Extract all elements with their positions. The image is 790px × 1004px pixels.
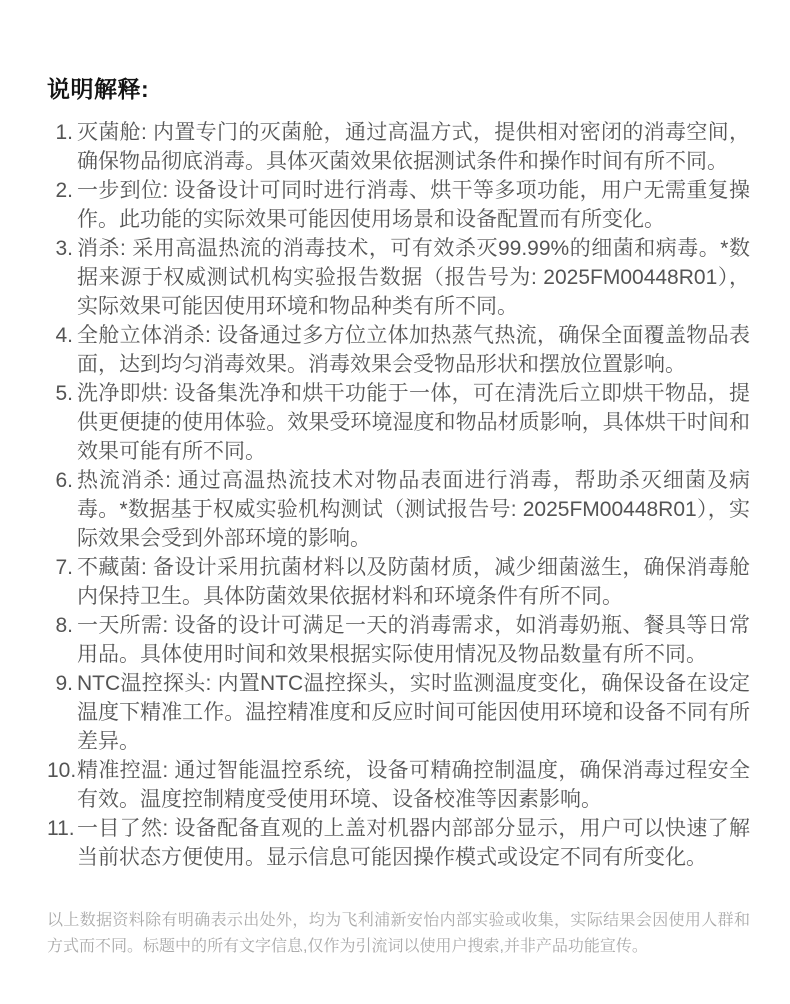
list-item: 4. 全舱立体消杀: 设备通过多方位立体加热蒸气热流，确保全面覆盖物品表面，达到… [47,321,750,379]
item-number: 11. [47,814,73,843]
list-item: 1. 灭菌舱: 内置专门的灭菌舱，通过高温方式，提供相对密闭的消毒空间，确保物品… [47,118,750,176]
product-description-page: 说明解释: 1. 灭菌舱: 内置专门的灭菌舱，通过高温方式，提供相对密闭的消毒空… [0,0,790,1004]
list-item: 2. 一步到位: 设备设计可同时进行消毒、烘干等多项功能，用户无需重复操作。此功… [47,176,750,234]
page-title: 说明解释: [47,74,750,104]
list-item: 8. 一天所需: 设备的设计可满足一天的消毒需求，如消毒奶瓶、餐具等日常用品。具… [47,611,750,669]
item-number: 7. [47,553,73,582]
item-text: 一天所需: 设备的设计可满足一天的消毒需求，如消毒奶瓶、餐具等日常用品。具体使用… [77,611,750,669]
item-text: 热流消杀: 通过高温热流技术对物品表面进行消毒，帮助杀灭细菌及病毒。*数据基于权… [77,466,750,553]
item-text: 全舱立体消杀: 设备通过多方位立体加热蒸气热流，确保全面覆盖物品表面，达到均匀消… [77,321,750,379]
list-item: 11. 一目了然: 设备配备直观的上盖对机器内部部分显示，用户可以快速了解当前状… [47,814,750,872]
item-number: 6. [47,466,73,495]
item-number: 4. [47,321,73,350]
item-number: 1. [47,118,73,147]
item-text: 消杀: 采用高温热流的消毒技术，可有效杀灭99.99%的细菌和病毒。*数据来源于… [77,234,750,321]
item-number: 8. [47,611,73,640]
item-text: 一步到位: 设备设计可同时进行消毒、烘干等多项功能，用户无需重复操作。此功能的实… [77,176,750,234]
list-item: 5. 洗净即烘: 设备集洗净和烘干功能于一体，可在清洗后立即烘干物品，提供更便捷… [47,379,750,466]
list-item: 10. 精准控温: 通过智能温控系统，设备可精确控制温度，确保消毒过程安全有效。… [47,756,750,814]
explanation-list: 1. 灭菌舱: 内置专门的灭菌舱，通过高温方式，提供相对密闭的消毒空间，确保物品… [47,118,750,872]
item-text: 灭菌舱: 内置专门的灭菌舱，通过高温方式，提供相对密闭的消毒空间，确保物品彻底消… [77,118,750,176]
item-number: 5. [47,379,73,408]
item-text: 一目了然: 设备配备直观的上盖对机器内部部分显示，用户可以快速了解当前状态方便使… [77,814,750,872]
item-text: NTC温控探头: 内置NTC温控探头，实时监测温度变化，确保设备在设定温度下精准… [77,669,750,756]
item-text: 不藏菌: 备设计采用抗菌材料以及防菌材质，减少细菌滋生，确保消毒舱内保持卫生。具… [77,553,750,611]
list-item: 7. 不藏菌: 备设计采用抗菌材料以及防菌材质，减少细菌滋生，确保消毒舱内保持卫… [47,553,750,611]
item-number: 2. [47,176,73,205]
item-number: 9. [47,669,73,698]
item-number: 10. [47,756,73,785]
item-text: 精准控温: 通过智能温控系统，设备可精确控制温度，确保消毒过程安全有效。温度控制… [77,756,750,814]
list-item: 3. 消杀: 采用高温热流的消毒技术，可有效杀灭99.99%的细菌和病毒。*数据… [47,234,750,321]
list-item: 6. 热流消杀: 通过高温热流技术对物品表面进行消毒，帮助杀灭细菌及病毒。*数据… [47,466,750,553]
item-text: 洗净即烘: 设备集洗净和烘干功能于一体，可在清洗后立即烘干物品，提供更便捷的使用… [77,379,750,466]
disclaimer-text: 以上数据资料除有明确表示出处外，均为飞利浦新安怡内部实验或收集，实际结果会因使用… [47,908,750,960]
list-item: 9. NTC温控探头: 内置NTC温控探头，实时监测温度变化，确保设备在设定温度… [47,669,750,756]
item-number: 3. [47,234,73,263]
